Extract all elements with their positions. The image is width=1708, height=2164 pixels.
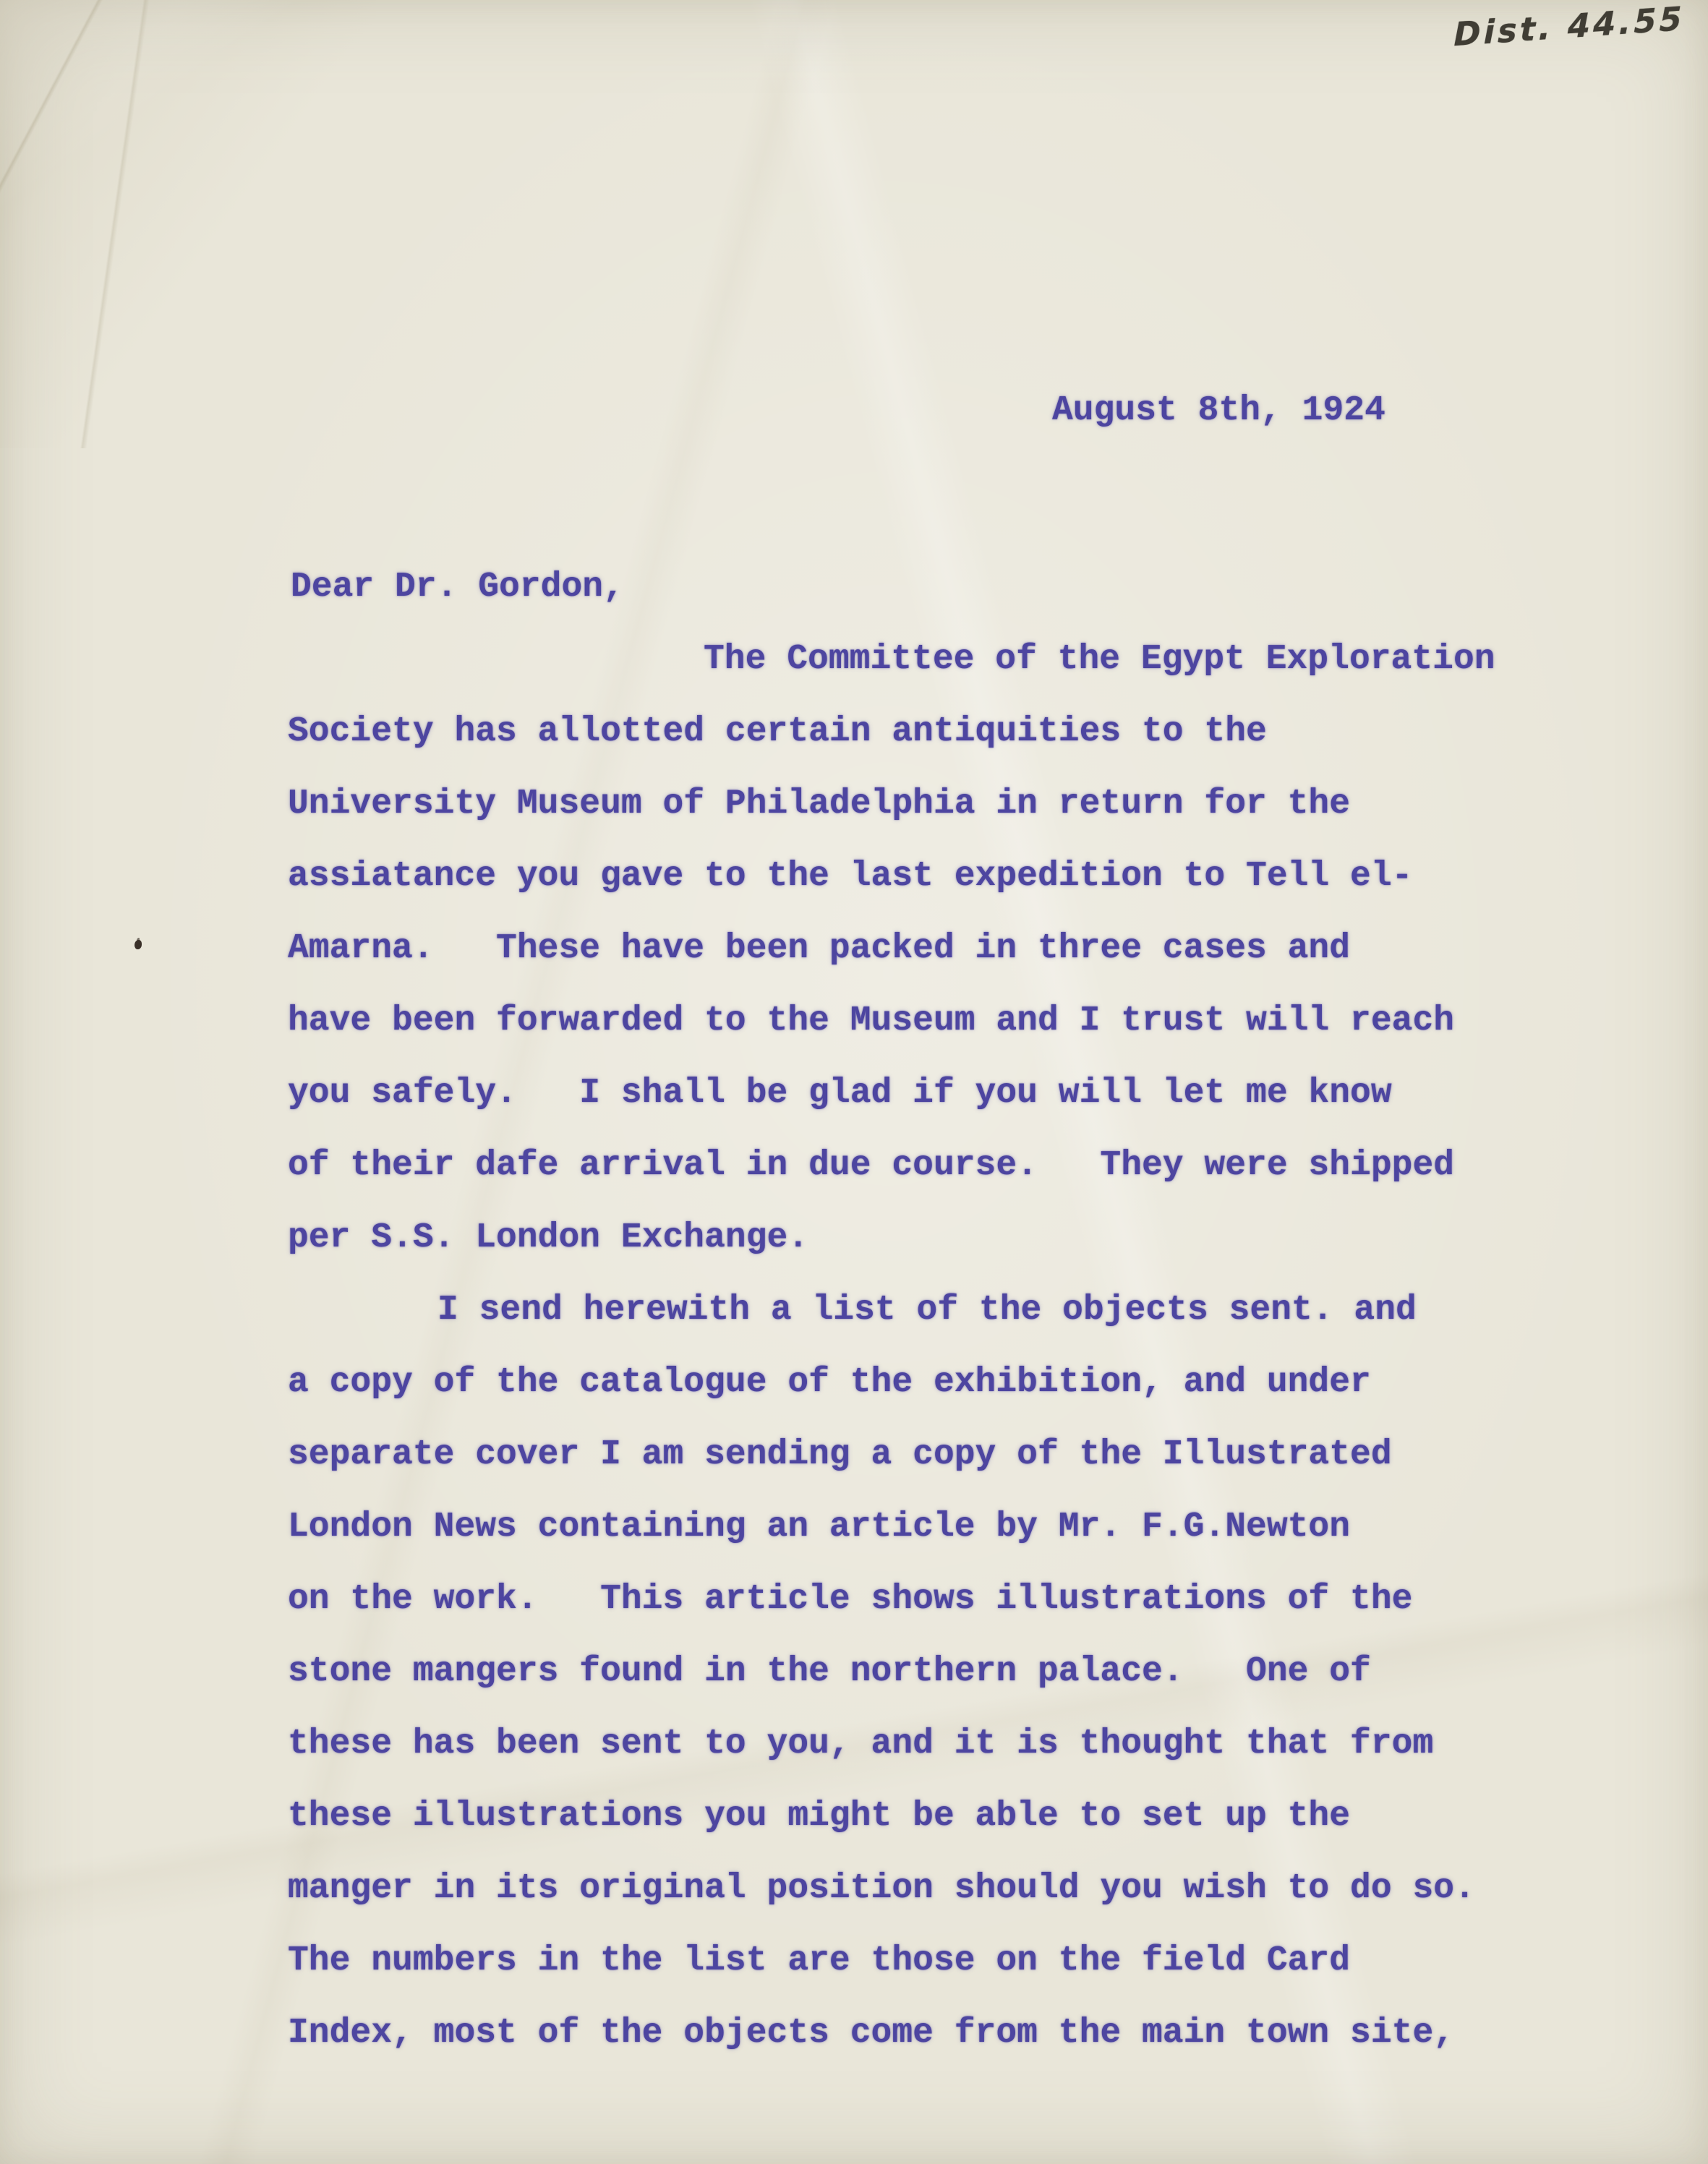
letter-body: The Committee of the Egypt Exploration S… [288, 623, 1495, 2069]
letter-line: stone mangers found in the northern pala… [288, 1635, 1495, 1708]
letter-line: separate cover I am sending a copy of th… [288, 1419, 1495, 1491]
handwritten-archival-note: Dist. 44.55 [1453, 0, 1684, 54]
letter-line: of their dafe arrival in due course. The… [288, 1129, 1495, 1202]
letter-line: University Museum of Philadelphia in ret… [288, 768, 1495, 840]
letter-line: a copy of the catalogue of the exhibitio… [288, 1346, 1495, 1419]
letter-line: manger in its original position should y… [288, 1852, 1495, 1925]
letter-line: The Committee of the Egypt Exploration [288, 623, 1495, 696]
letter-line: you safely. I shall be glad if you will … [288, 1057, 1495, 1129]
letter-line: have been forwarded to the Museum and I … [288, 985, 1495, 1057]
letter-line: these illustrations you might be able to… [288, 1780, 1495, 1852]
ink-speck [134, 940, 142, 949]
letter-line: these has been sent to you, and it is th… [288, 1708, 1495, 1780]
letter-line: The numbers in the list are those on the… [288, 1925, 1495, 1997]
letter-date: August 8th, 1924 [1052, 389, 1385, 432]
letter-salutation: Dear Dr. Gordon, [291, 565, 624, 609]
letter-line: per S.S. London Exchange. [288, 1202, 1495, 1274]
crumpled-corner [0, 0, 376, 448]
letter-scan: Dist. 44.55 August 8th, 1924 Dear Dr. Go… [0, 0, 1708, 2164]
letter-line: I send herewith a list of the objects se… [288, 1274, 1495, 1346]
letter-line: Amarna. These have been packed in three … [288, 912, 1495, 985]
letter-line: Index, most of the objects come from the… [288, 1997, 1495, 2069]
letter-line: assiatance you gave to the last expediti… [288, 840, 1495, 912]
letter-line: on the work. This article shows illustra… [288, 1563, 1495, 1635]
letter-line: Society has allotted certain antiquities… [288, 696, 1495, 768]
letter-line: London News containing an article by Mr.… [288, 1491, 1495, 1563]
